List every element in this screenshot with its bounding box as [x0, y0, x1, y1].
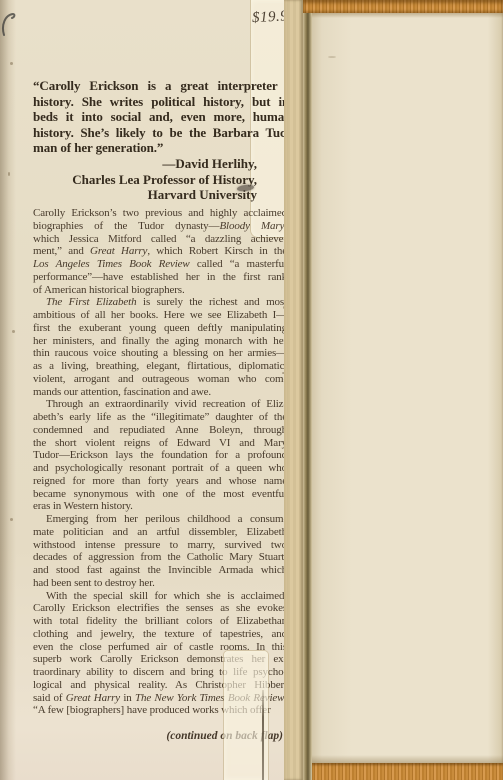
tape-edge-line — [262, 690, 264, 780]
speck — [10, 62, 13, 65]
spine-gutter — [303, 0, 312, 780]
book-jacket-flap-photo: $19.95 “Carolly Erickson is a great inte… — [0, 0, 503, 780]
review-quote: “Carolly Erickson is a great interpreter… — [33, 78, 297, 156]
flap-paragraph: Carolly Erickson’s two previous and high… — [33, 207, 287, 296]
book-board-cloth-bottom — [312, 763, 503, 780]
book-board-cloth-top — [303, 0, 503, 13]
speck — [12, 330, 15, 333]
flap-fold-edge — [284, 0, 303, 780]
pen-mark — [1, 11, 19, 37]
endpaper-page — [312, 0, 503, 780]
flap-paragraph: Emerging from her perilous childhood a c… — [33, 513, 287, 590]
flap-left-edge-shadow — [0, 0, 16, 780]
dust-jacket-front-flap: $19.95 “Carolly Erickson is a great inte… — [0, 0, 303, 780]
speck — [328, 56, 336, 58]
page-bottom-shadow — [312, 755, 503, 763]
quote-attribution: —David Herlihy,Charles Lea Professor of … — [33, 156, 257, 203]
flap-paragraph: The First Elizabeth is surely the riches… — [33, 296, 287, 398]
speck — [10, 518, 13, 521]
flap-copy: Carolly Erickson’s two previous and high… — [33, 207, 287, 717]
speck — [8, 172, 10, 176]
page-top-shadow — [312, 13, 503, 18]
flap-paragraph: Through an extraordinarily vivid recreat… — [33, 398, 287, 513]
